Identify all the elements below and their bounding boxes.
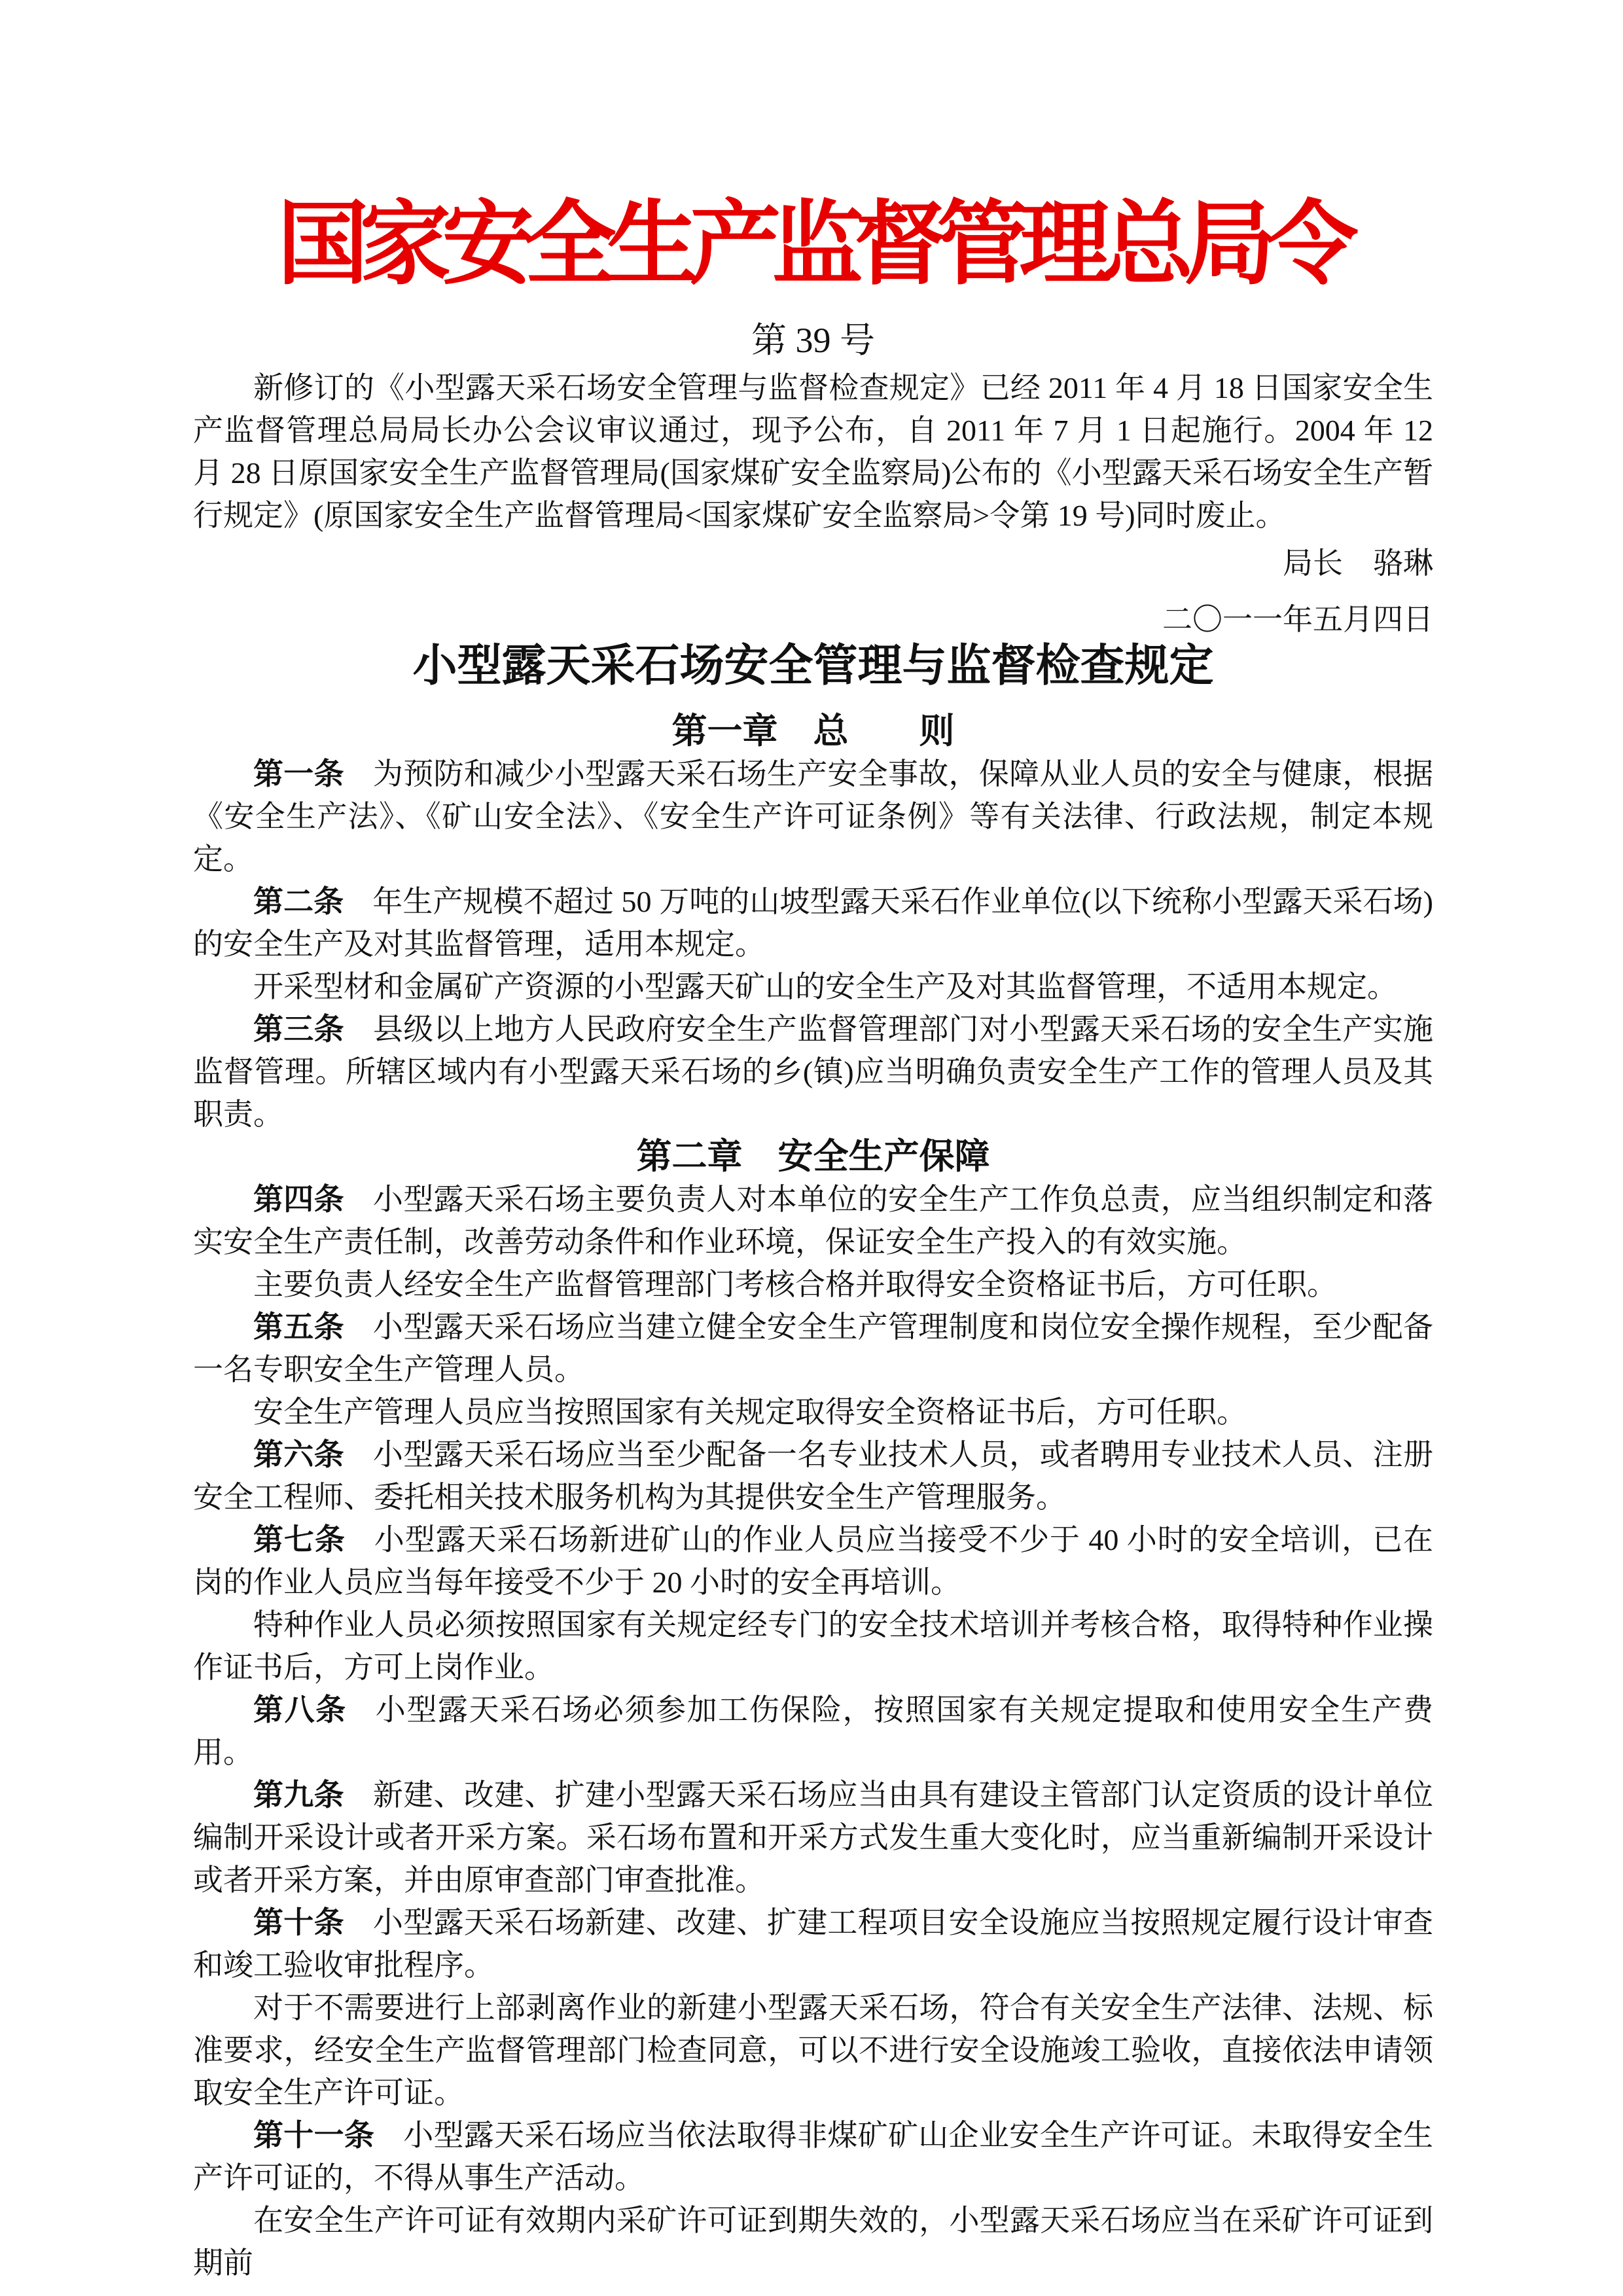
date-line: 二〇一一年五月四日: [193, 598, 1433, 641]
continuation-paragraph: 特种作业人员必须按照国家有关规定经专门的安全技术培训并考核合格，取得特种作业操作…: [193, 1604, 1433, 1689]
article-paragraph: 第七条小型露天采石场新进矿山的作业人员应当接受不少于 40 小时的安全培训，已在…: [193, 1518, 1433, 1604]
chapter-heading: 第二章 安全生产保障: [193, 1136, 1433, 1178]
article-number: 第十条: [253, 1906, 344, 1939]
article-number: 第二条: [253, 885, 344, 918]
article-number: 第七条: [253, 1523, 346, 1556]
order-number: 第 39 号: [193, 317, 1433, 364]
article-paragraph: 第五条小型露天采石场应当建立健全安全生产管理制度和岗位安全操作规程，至少配备一名…: [193, 1306, 1433, 1391]
article-number: 第四条: [253, 1183, 344, 1216]
continuation-paragraph: 主要负责人经安全生产监督管理部门考核合格并取得安全资格证书后，方可任职。: [193, 1263, 1433, 1306]
continuation-paragraph: 在安全生产许可证有效期内采矿许可证到期失效的，小型露天采石场应当在采矿许可证到期…: [193, 2199, 1433, 2284]
article-paragraph: 第四条小型露天采石场主要负责人对本单位的安全生产工作负总责，应当组织制定和落实安…: [193, 1178, 1433, 1263]
article-paragraph: 第九条新建、改建、扩建小型露天采石场应当由具有建设主管部门认定资质的设计单位编制…: [193, 1774, 1433, 1901]
agency-title: 国家安全生产监督管理总局令: [193, 196, 1433, 295]
article-paragraph: 第十条小型露天采石场新建、改建、扩建工程项目安全设施应当按照规定履行设计审查和竣…: [193, 1901, 1433, 1986]
article-paragraph: 第一条为预防和减少小型露天采石场生产安全事故，保障从业人员的安全与健康，根据《安…: [193, 753, 1433, 880]
article-number: 第六条: [253, 1438, 344, 1471]
regulation-body: 第一章 总 则第一条为预防和减少小型露天采石场生产安全事故，保障从业人员的安全与…: [193, 710, 1433, 2284]
continuation-paragraph: 开采型材和金属矿产资源的小型露天矿山的安全生产及对其监督管理，不适用本规定。: [193, 965, 1433, 1008]
article-number: 第十一条: [253, 2119, 374, 2152]
article-paragraph: 第八条小型露天采石场必须参加工伤保险，按照国家有关规定提取和使用安全生产费用。: [193, 1689, 1433, 1774]
regulation-title: 小型露天采石场安全管理与监督检查规定: [193, 638, 1433, 693]
article-number: 第三条: [253, 1013, 344, 1046]
article-paragraph: 第二条年生产规模不超过 50 万吨的山坡型露天采石作业单位(以下统称小型露天采石…: [193, 880, 1433, 965]
continuation-paragraph: 对于不需要进行上部剥离作业的新建小型露天采石场，符合有关安全生产法律、法规、标准…: [193, 1986, 1433, 2114]
article-number: 第九条: [253, 1778, 344, 1812]
article-paragraph: 第十一条小型露天采石场应当依法取得非煤矿矿山企业安全生产许可证。未取得安全生产许…: [193, 2114, 1433, 2199]
article-number: 第五条: [253, 1310, 344, 1344]
article-number: 第八条: [253, 1693, 347, 1727]
article-paragraph: 第六条小型露天采石场应当至少配备一名专业技术人员，或者聘用专业技术人员、注册安全…: [193, 1433, 1433, 1518]
article-paragraph: 第三条县级以上地方人民政府安全生产监督管理部门对小型露天采石场的安全生产实施监督…: [193, 1008, 1433, 1136]
preamble-paragraph: 新修订的《小型露天采石场安全管理与监督检查规定》已经 2011 年 4 月 18…: [193, 367, 1433, 537]
document-page: 国家安全生产监督管理总局令 第 39 号 新修订的《小型露天采石场安全管理与监督…: [0, 0, 1623, 2296]
signer-line: 局长 骆琳: [193, 542, 1433, 584]
article-number: 第一条: [253, 757, 344, 791]
continuation-paragraph: 安全生产管理人员应当按照国家有关规定取得安全资格证书后，方可任职。: [193, 1391, 1433, 1433]
chapter-heading: 第一章 总 则: [193, 710, 1433, 753]
